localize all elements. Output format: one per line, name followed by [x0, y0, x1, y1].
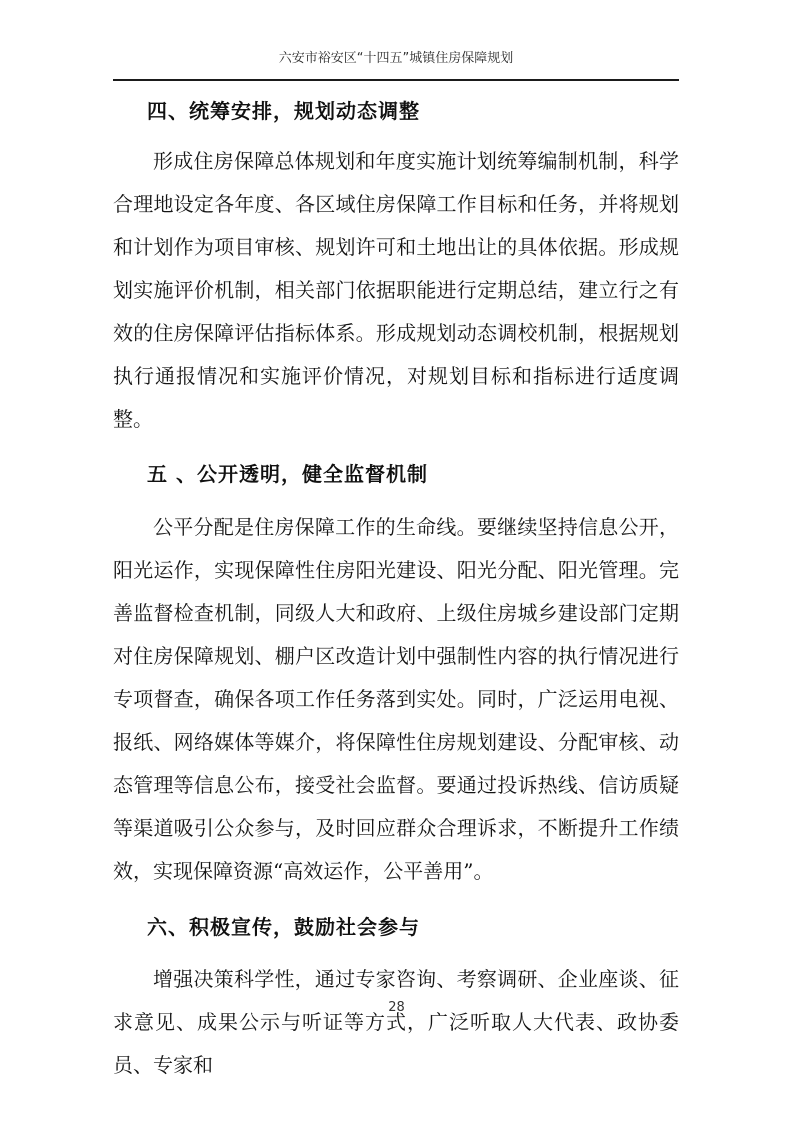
page-header-title: 六安市裕安区“十四五”城镇住房保障规划 [279, 51, 513, 66]
page-footer: 28 [0, 1000, 793, 1015]
page-number: 28 [388, 1000, 405, 1015]
section-heading-5: 五 、公开透明，健全监督机制 [113, 460, 679, 488]
section-heading-6: 六、积极宣传，鼓励社会参与 [113, 913, 679, 941]
section-paragraph-6: 增强决策科学性，通过专家咨询、考察调研、企业座谈、征求意见、成果公示与听证等方式… [113, 958, 679, 1087]
section-paragraph-5: 公平分配是住房保障工作的生命线。要继续坚持信息公开，阳光运作，实现保障性住房阳光… [113, 506, 679, 893]
document-page: 六安市裕安区“十四五”城镇住房保障规划 四、统筹安排，规划动态调整 形成住房保障… [0, 0, 793, 1122]
page-header: 六安市裕安区“十四五”城镇住房保障规划 [113, 50, 679, 81]
document-body: 四、统筹安排，规划动态调整 形成住房保障总体规划和年度实施计划统筹编制机制，科学… [113, 90, 679, 1087]
section-heading-4: 四、统筹安排，规划动态调整 [113, 97, 679, 125]
section-paragraph-4: 形成住房保障总体规划和年度实施计划统筹编制机制，科学合理地设定各年度、各区域住房… [113, 140, 679, 441]
